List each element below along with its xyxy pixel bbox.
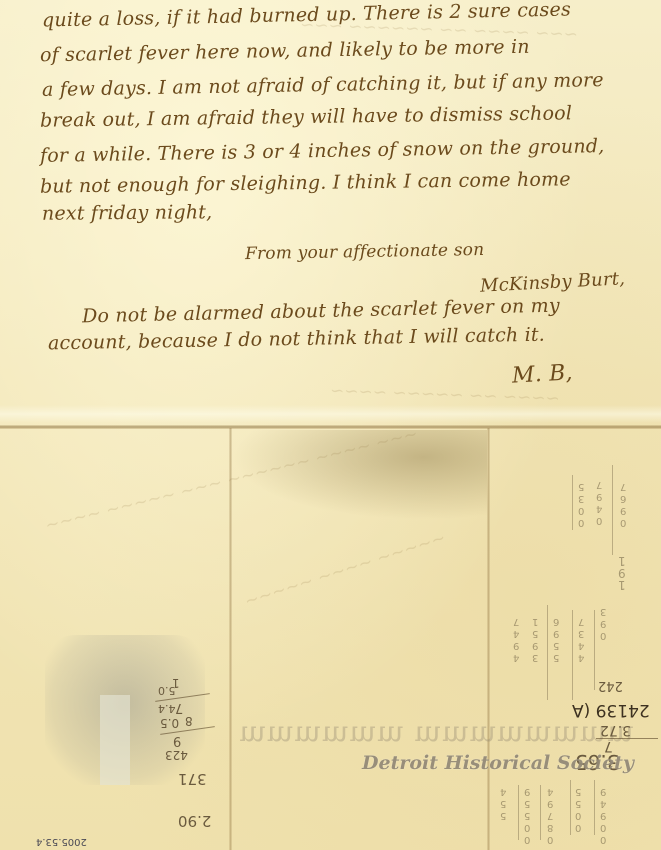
postscript-line: account, because I do not think that I w… (48, 324, 545, 355)
pencil-figure: 7 (175, 700, 183, 715)
pencil-figure: 5.0 (158, 684, 176, 697)
pencil-figure: 242 (598, 678, 623, 693)
initials: M. B, (511, 360, 573, 388)
pencil-column: 0035 (578, 480, 584, 528)
pencil-figure: 24139 (A (572, 700, 650, 720)
accession-number: 2005.53.4 (36, 836, 87, 847)
pencil-column: 0967 (620, 480, 626, 528)
pencil-figure: 9 (173, 733, 181, 748)
pencil-column: 191 (618, 555, 626, 591)
pencil-column: 00949 (600, 785, 606, 845)
bleed-through-text: ~~~~~ ~~~~ ~~~~~ (242, 528, 448, 612)
pencil-rule (518, 785, 519, 840)
letter-line: but not enough for sleighing. I think I … (40, 168, 571, 197)
pencil-rule (540, 785, 541, 840)
pencil-column: 0055 (575, 785, 581, 833)
pencil-figure: 0.5 (160, 716, 179, 730)
pencil-figure: 423 (165, 748, 188, 762)
letter-page: ~~~ ~~~~ ~~ ~~~~~~ ~~~ ~~~~ ~~ ~~~~~ ~~~… (0, 0, 661, 850)
pencil-figure: 371 (178, 770, 207, 788)
pencil-rule (572, 610, 573, 700)
watermark-detroit-historical-society: Detroit Historical Society (362, 752, 634, 774)
letter-line: break out, I am afraid they will have to… (40, 102, 572, 131)
letter-line: for a while. There is 3 or 4 inches of s… (40, 135, 605, 167)
pencil-rule (594, 610, 595, 690)
pencil-column: 093 (600, 605, 606, 641)
stain (232, 430, 487, 520)
pencil-figure: 3.72 (600, 722, 631, 738)
pencil-rule (612, 465, 613, 555)
fold-highlight (0, 405, 661, 423)
letter-line: of scarlet fever here now, and likely to… (40, 36, 530, 67)
pencil-column: 3951 (532, 615, 538, 663)
pencil-rule (547, 605, 548, 700)
pencil-column: 554 (500, 785, 506, 821)
pencil-column: 5596 (553, 615, 559, 663)
pencil-column: 0497 (596, 478, 602, 526)
pencil-figure: 2.90 (178, 812, 211, 830)
postscript-line: Do not be alarmed about the scarlet feve… (82, 295, 560, 328)
pencil-rule (594, 780, 595, 835)
letter-line: a few days. I am not afraid of catching … (42, 69, 604, 101)
pencil-rule (572, 475, 573, 530)
pencil-column: 00559 (524, 785, 530, 845)
horizontal-fold (0, 425, 661, 429)
pencil-column: 4437 (578, 615, 584, 663)
pencil-figure: 4.4 (158, 702, 176, 715)
pencil-column: 08794 (547, 785, 553, 845)
pencil-rule (570, 780, 571, 835)
pencil-column: 4947 (513, 615, 519, 663)
letter-line: next friday night, (42, 201, 213, 224)
letter-signature: McKinsby Burt, (480, 268, 626, 297)
vertical-fold-right (487, 428, 490, 850)
letter-closing: From your affectionate son (245, 240, 485, 264)
pencil-figure: 8 (185, 714, 193, 728)
